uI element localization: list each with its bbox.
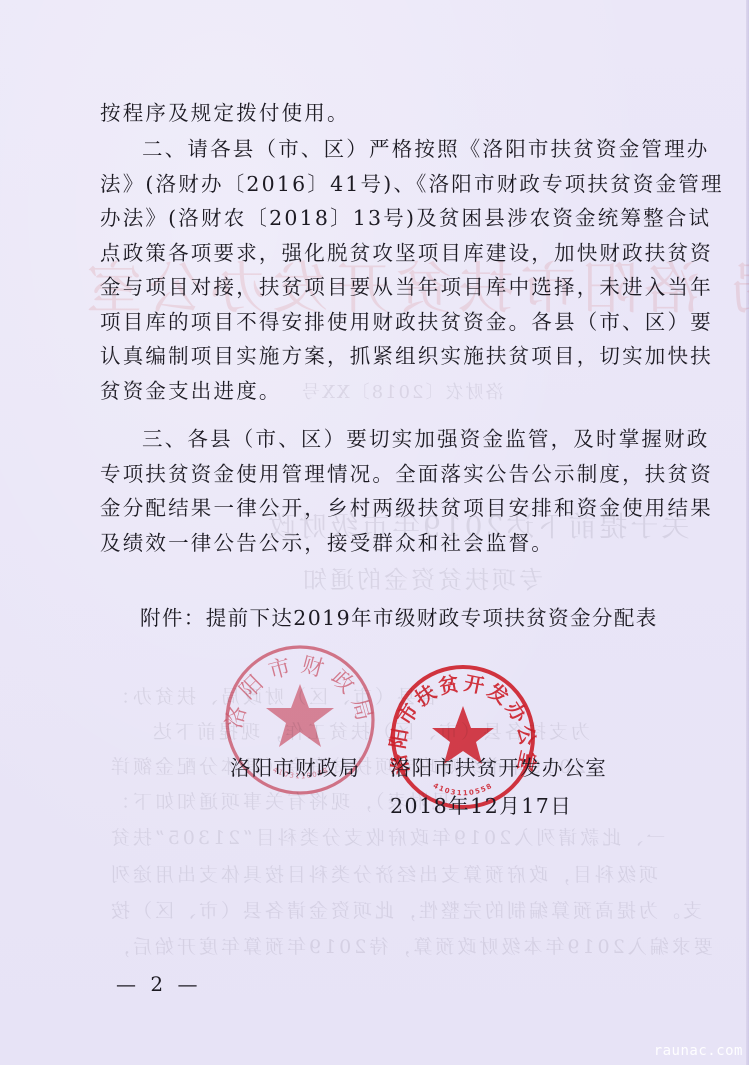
text-line: 按程序及规定拨付使用。 <box>100 96 660 131</box>
paragraph-item-3: 三、各县（市、区）要切实加强资金监管，及时掌握财政 专项扶贫资金使用管理情况。全… <box>100 422 660 560</box>
text-line: 三、各县（市、区）要切实加强资金监管，及时掌握财政 <box>100 422 660 457</box>
text-line: 认真编制项目实施方案，抓紧组织实施扶贫项目，切实加快扶 <box>100 339 660 374</box>
paragraph-item-2: 二、请各县（市、区）严格按照《洛阳市扶贫资金管理办 法》(洛财办〔2016〕41… <box>100 132 660 408</box>
signer-poverty-office: 洛阳市扶贫开发办公室 <box>390 751 607 781</box>
text-line: 办法》(洛财农〔2018〕13号)及贫困县涉农资金统筹整合试 <box>100 201 660 236</box>
page-number: — 2 — <box>116 972 201 996</box>
text-line: 点政策各项要求，强化脱贫攻坚项目库建设，加快财政扶贫资 <box>100 236 660 271</box>
text-line: 金与项目对接，扶贫项目要从当年项目库中选择，未进入当年 <box>100 270 660 305</box>
issue-date: 2018年12月17日 <box>390 789 572 819</box>
text-line: 法》(洛财办〔2016〕41号)、《洛阳市财政专项扶贫资金管理 <box>100 167 660 202</box>
paragraph-continuation: 按程序及规定拨付使用。 <box>100 96 660 131</box>
site-watermark: raunac.com <box>654 1043 743 1059</box>
text-line: 专项扶贫资金使用管理情况。全面落实公告公示制度，扶贫资 <box>100 457 660 492</box>
attachment-line: 附件：提前下达2019年市级财政专项扶贫资金分配表 <box>140 601 658 631</box>
text-line: 贫资金支出进度。 <box>100 374 660 409</box>
text-line: 及绩效一律公告公示，接受群众和社会监督。 <box>100 526 660 561</box>
text-line: 项目库的项目不得安排使用财政扶贫资金。各县（市、区）要 <box>100 305 660 340</box>
text-line: 金分配结果一律公开，乡村两级扶贫项目安排和资金使用结果 <box>100 491 660 526</box>
signer-finance-bureau: 洛阳市财政局 <box>230 751 360 781</box>
text-line: 二、请各县（市、区）严格按照《洛阳市扶贫资金管理办 <box>100 132 660 167</box>
